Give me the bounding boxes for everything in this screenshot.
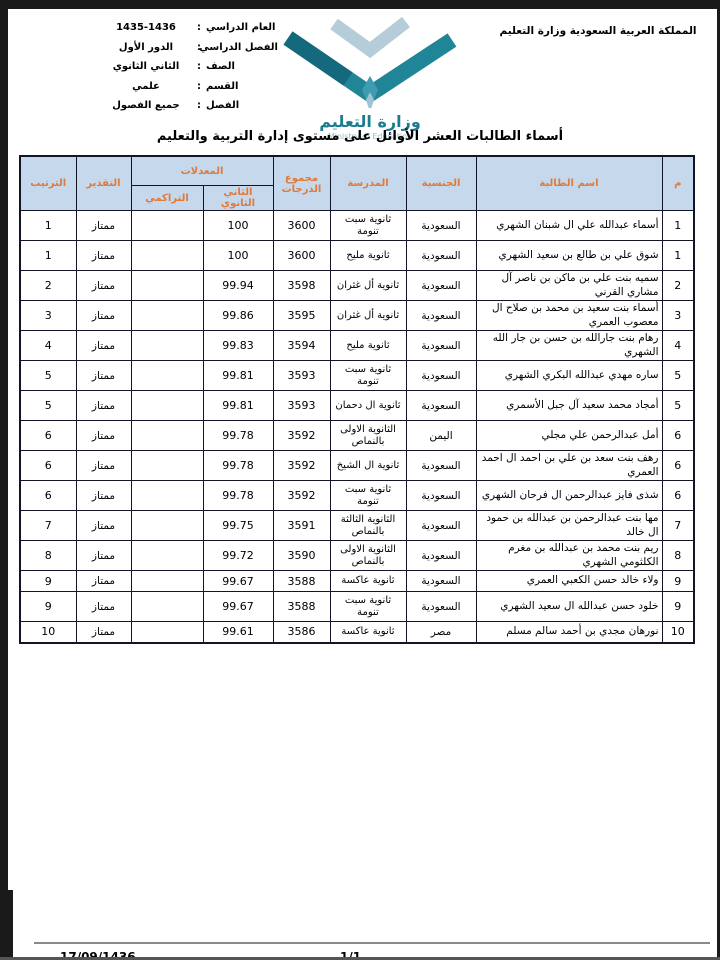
cell-student-name: رهام بنت جارالله بن حسن بن جار الله الشه… (476, 331, 662, 361)
cell-student-name: خلود حسن عبدالله ال سعيد الشهري (476, 592, 662, 622)
cell-school: ثانوية ال الشيخ (330, 451, 406, 481)
cell-serial: 1 (662, 241, 694, 271)
cell-student-name: شذى فايز عبدالرحمن ال فرحان الشهري (476, 481, 662, 511)
cell-avg-secondary: 99.78 (203, 481, 273, 511)
cell-grade: ممتاز (76, 211, 131, 241)
kingdom-header-text: المملكة العربية السعودية وزارة التعليم (492, 24, 704, 39)
cell-student-name: سميه بنت علي بن ماكن بن ناصر آل مشاري ال… (476, 271, 662, 301)
cell-avg-secondary: 100 (203, 241, 273, 271)
scan-edge-left (0, 0, 8, 960)
cell-school: ثانوية مليح (330, 331, 406, 361)
cell-grade: ممتاز (76, 592, 131, 622)
page-title: أسماء الطالبات العشر الأوائل على مستوى إ… (0, 129, 720, 144)
cell-avg-cumulative (131, 241, 203, 271)
cell-rank: 6 (20, 451, 76, 481)
cell-total-score: 3588 (273, 571, 330, 592)
cell-grade: ممتاز (76, 622, 131, 643)
cell-nationality: السعودية (406, 541, 476, 571)
cell-avg-cumulative (131, 211, 203, 241)
col-header-avg-secondary: الثاني الثانوي (203, 186, 273, 211)
cell-rank: 9 (20, 592, 76, 622)
cell-total-score: 3592 (273, 421, 330, 451)
cell-total-score: 3592 (273, 451, 330, 481)
cell-rank: 2 (20, 271, 76, 301)
cell-grade: ممتاز (76, 451, 131, 481)
cell-student-name: شوق علي بن طالع بن سعيد الشهري (476, 241, 662, 271)
cell-school: الثانوية الثالثة بالنماص (330, 511, 406, 541)
cell-school: ثانوية مليح (330, 241, 406, 271)
scan-edge-top (0, 0, 720, 9)
meta-value: جميع الفصول (100, 100, 192, 111)
cell-rank: 5 (20, 391, 76, 421)
meta-label: القسم (206, 81, 278, 92)
cell-nationality: السعودية (406, 571, 476, 592)
cell-total-score: 3594 (273, 331, 330, 361)
cell-serial: 1 (662, 211, 694, 241)
cell-rank: 4 (20, 331, 76, 361)
cell-avg-cumulative (131, 331, 203, 361)
cell-student-name: ساره مهدي عبدالله البكري الشهري (476, 361, 662, 391)
cell-total-score: 3592 (273, 481, 330, 511)
cell-avg-secondary: 100 (203, 211, 273, 241)
cell-avg-secondary: 99.67 (203, 592, 273, 622)
cell-student-name: ولاء خالد حسن الكعبي العمري (476, 571, 662, 592)
cell-serial: 8 (662, 541, 694, 571)
cell-student-name: أسماء بنت سعيد بن محمد بن صلاح ال معصوب … (476, 301, 662, 331)
cell-serial: 2 (662, 271, 694, 301)
meta-class: الفصل : جميع الفصول (100, 100, 278, 111)
cell-avg-cumulative (131, 391, 203, 421)
top-students-table: م اسم الطالبة الجنسية المدرسة مجموع الدر… (19, 155, 695, 644)
cell-nationality: السعودية (406, 451, 476, 481)
table-row: 5ساره مهدي عبدالله البكري الشهريالسعودية… (20, 361, 694, 391)
cell-grade: ممتاز (76, 481, 131, 511)
cell-avg-secondary: 99.78 (203, 451, 273, 481)
cell-avg-cumulative (131, 622, 203, 643)
cell-rank: 1 (20, 211, 76, 241)
cell-nationality: السعودية (406, 511, 476, 541)
cell-avg-cumulative (131, 271, 203, 301)
meta-academic-year: العام الدراسي : 1435-1436 (100, 22, 278, 33)
cell-nationality: السعودية (406, 391, 476, 421)
meta-label: الصف (206, 61, 278, 72)
cell-grade: ممتاز (76, 541, 131, 571)
cell-avg-secondary: 99.94 (203, 271, 273, 301)
cell-nationality: السعودية (406, 592, 476, 622)
cell-serial: 9 (662, 571, 694, 592)
cell-serial: 7 (662, 511, 694, 541)
cell-nationality: السعودية (406, 481, 476, 511)
cell-student-name: رهف بنت سعد بن علي بن احمد ال احمد العمر… (476, 451, 662, 481)
cell-grade: ممتاز (76, 361, 131, 391)
cell-grade: ممتاز (76, 391, 131, 421)
cell-rank: 6 (20, 481, 76, 511)
cell-avg-secondary: 99.81 (203, 391, 273, 421)
col-header-averages-group: المعدلات (131, 156, 273, 186)
cell-student-name: ريم بنت محمد بن عبدالله بن مغرم الكلثومي… (476, 541, 662, 571)
meta-value: 1435-1436 (100, 22, 192, 33)
cell-serial: 3 (662, 301, 694, 331)
cell-serial: 6 (662, 451, 694, 481)
cell-avg-cumulative (131, 421, 203, 451)
cell-grade: ممتاز (76, 511, 131, 541)
cell-school: ثانوية أل غثران (330, 271, 406, 301)
cell-nationality: السعودية (406, 301, 476, 331)
cell-total-score: 3588 (273, 592, 330, 622)
cell-serial: 4 (662, 331, 694, 361)
cell-grade: ممتاز (76, 331, 131, 361)
meta-grade-level: الصف : الثاني الثانوي (100, 61, 278, 72)
cell-total-score: 3591 (273, 511, 330, 541)
cell-rank: 7 (20, 511, 76, 541)
table-row: 6شذى فايز عبدالرحمن ال فرحان الشهريالسعو… (20, 481, 694, 511)
cell-rank: 5 (20, 361, 76, 391)
table-row: 6رهف بنت سعد بن علي بن احمد ال احمد العم… (20, 451, 694, 481)
cell-avg-cumulative (131, 481, 203, 511)
cell-serial: 6 (662, 421, 694, 451)
col-header-name: اسم الطالبة (476, 156, 662, 211)
cell-avg-cumulative (131, 511, 203, 541)
table-row: 3أسماء بنت سعيد بن محمد بن صلاح ال معصوب… (20, 301, 694, 331)
table-row: 9ولاء خالد حسن الكعبي العمريالسعوديةثانو… (20, 571, 694, 592)
cell-school: ثانوية سبت تنومة (330, 592, 406, 622)
table-row: 9خلود حسن عبدالله ال سعيد الشهريالسعودية… (20, 592, 694, 622)
cell-student-name: أمجاد محمد سعيد آل جبل الأسمري (476, 391, 662, 421)
cell-school: ثانوية عاكسة (330, 571, 406, 592)
table-row: 4رهام بنت جارالله بن حسن بن جار الله الش… (20, 331, 694, 361)
cell-serial: 10 (662, 622, 694, 643)
report-meta: العام الدراسي : 1435-1436 الفصل الدراسي … (100, 22, 278, 120)
cell-grade: ممتاز (76, 241, 131, 271)
table-body: 1أسماء عبدالله علي ال شبنان الشهريالسعود… (20, 211, 694, 643)
cell-school: ثانوية ال دحمان (330, 391, 406, 421)
cell-avg-secondary: 99.86 (203, 301, 273, 331)
cell-serial: 9 (662, 592, 694, 622)
cell-nationality: السعودية (406, 271, 476, 301)
col-header-total: مجموع الدرجات (273, 156, 330, 211)
cell-nationality: السعودية (406, 211, 476, 241)
cell-rank: 8 (20, 541, 76, 571)
cell-school: ثانوية سبت تنومة (330, 361, 406, 391)
cell-student-name: أسماء عبدالله علي ال شبنان الشهري (476, 211, 662, 241)
cell-total-score: 3590 (273, 541, 330, 571)
col-header-grade: التقدير (76, 156, 131, 211)
cell-avg-cumulative (131, 361, 203, 391)
footer-rule (34, 942, 710, 944)
cell-total-score: 3595 (273, 301, 330, 331)
cell-school: ثانوية سبت تنومة (330, 481, 406, 511)
col-header-rank: الترتيب (20, 156, 76, 211)
table-row: 10نورهان مجدي بن أحمد سالم مسلممصرثانوية… (20, 622, 694, 643)
table-row: 5أمجاد محمد سعيد آل جبل الأسمريالسعوديةث… (20, 391, 694, 421)
cell-avg-cumulative (131, 592, 203, 622)
cell-grade: ممتاز (76, 271, 131, 301)
cell-rank: 6 (20, 421, 76, 451)
cell-avg-cumulative (131, 301, 203, 331)
cell-student-name: أمل عبدالرحمن علي مجلي (476, 421, 662, 451)
cell-total-score: 3593 (273, 391, 330, 421)
cell-rank: 1 (20, 241, 76, 271)
cell-avg-cumulative (131, 541, 203, 571)
cell-avg-secondary: 99.72 (203, 541, 273, 571)
cell-total-score: 3598 (273, 271, 330, 301)
meta-value: الدور الأول (100, 42, 192, 53)
cell-school: الثانوية الاولى بالنماص (330, 541, 406, 571)
table-row: 2سميه بنت علي بن ماكن بن ناصر آل مشاري ا… (20, 271, 694, 301)
meta-semester: الفصل الدراسي : الدور الأول (100, 42, 278, 53)
cell-total-score: 3600 (273, 211, 330, 241)
cell-total-score: 3586 (273, 622, 330, 643)
cell-avg-cumulative (131, 571, 203, 592)
table-row: 1أسماء عبدالله علي ال شبنان الشهريالسعود… (20, 211, 694, 241)
meta-value: الثاني الثانوي (100, 61, 192, 72)
table-row: 1شوق علي بن طالع بن سعيد الشهريالسعوديةث… (20, 241, 694, 271)
meta-value: علمي (100, 81, 192, 92)
cell-avg-secondary: 99.61 (203, 622, 273, 643)
cell-serial: 5 (662, 391, 694, 421)
cell-avg-secondary: 99.78 (203, 421, 273, 451)
cell-rank: 3 (20, 301, 76, 331)
ministry-logo: وزارة التعليم Ministry of Education (282, 16, 458, 141)
cell-avg-secondary: 99.81 (203, 361, 273, 391)
cell-rank: 9 (20, 571, 76, 592)
meta-label: الفصل (206, 100, 278, 111)
meta-label: العام الدراسي (206, 22, 278, 33)
cell-student-name: مها بنت عبدالرحمن بن عبدالله بن حمود ال … (476, 511, 662, 541)
cell-serial: 6 (662, 481, 694, 511)
table-row: 8ريم بنت محمد بن عبدالله بن مغرم الكلثوم… (20, 541, 694, 571)
ministry-logo-icon (282, 16, 458, 108)
cell-total-score: 3593 (273, 361, 330, 391)
col-header-avg-cumulative: التراكمي (131, 186, 203, 211)
cell-nationality: السعودية (406, 331, 476, 361)
cell-school: ثانوية عاكسة (330, 622, 406, 643)
cell-school: ثانوية أل غثران (330, 301, 406, 331)
cell-avg-cumulative (131, 451, 203, 481)
table-header: م اسم الطالبة الجنسية المدرسة مجموع الدر… (20, 156, 694, 211)
cell-student-name: نورهان مجدي بن أحمد سالم مسلم (476, 622, 662, 643)
meta-label: الفصل الدراسي (206, 42, 278, 53)
cell-serial: 5 (662, 361, 694, 391)
col-header-nationality: الجنسية (406, 156, 476, 211)
meta-section: القسم : علمي (100, 81, 278, 92)
cell-nationality: السعودية (406, 361, 476, 391)
table-row: 7مها بنت عبدالرحمن بن عبدالله بن حمود ال… (20, 511, 694, 541)
cell-avg-secondary: 99.75 (203, 511, 273, 541)
cell-grade: ممتاز (76, 571, 131, 592)
cell-rank: 10 (20, 622, 76, 643)
cell-grade: ممتاز (76, 301, 131, 331)
cell-grade: ممتاز (76, 421, 131, 451)
col-header-serial: م (662, 156, 694, 211)
cell-school: ثانوية سبت تنومة (330, 211, 406, 241)
cell-avg-secondary: 99.67 (203, 571, 273, 592)
col-header-school: المدرسة (330, 156, 406, 211)
cell-nationality: مصر (406, 622, 476, 643)
cell-nationality: اليمن (406, 421, 476, 451)
cell-avg-secondary: 99.83 (203, 331, 273, 361)
table-row: 6أمل عبدالرحمن علي مجلياليمنالثانوية الا… (20, 421, 694, 451)
scan-edge-bottom-left (0, 890, 13, 960)
cell-nationality: السعودية (406, 241, 476, 271)
cell-total-score: 3600 (273, 241, 330, 271)
cell-school: الثانوية الاولى بالنماص (330, 421, 406, 451)
